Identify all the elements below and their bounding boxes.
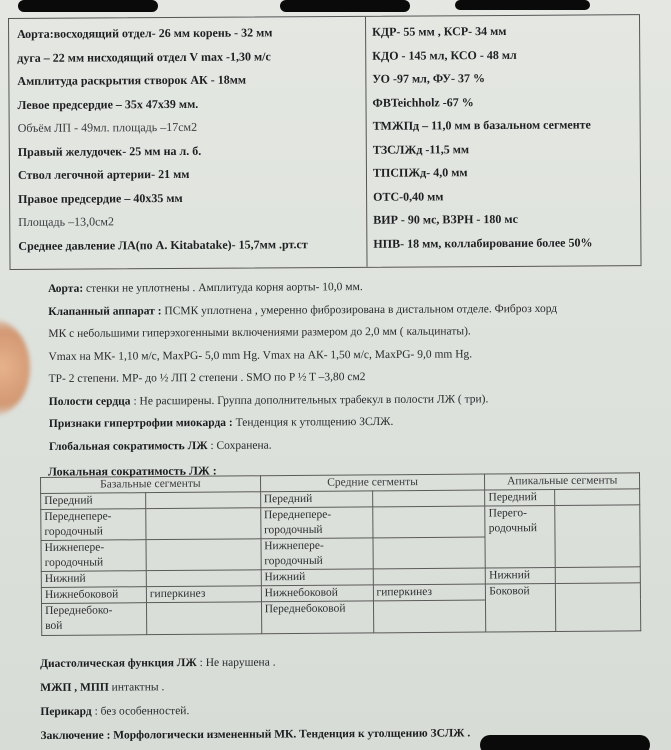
measurement-line: ОТС-0,40 мм [373,184,634,209]
field-label: Диастолическая функция ЛЖ [40,657,197,670]
field-value: ВИР - 90 мс, ВЗРН - 180 мс [373,212,518,227]
field-value: - 18мм [208,73,246,87]
apical-value [555,567,640,584]
measurement-line: КДО - 145 мл, КСО - 48 мл [372,43,633,68]
apical-segment: Передний [485,489,555,506]
measurement-line: ТПСПЖд- 4,0 мм [373,160,634,185]
field-value: Объём ЛП - 49мл. площадь –17см2 [18,120,198,135]
footer-line: Заключение : Морфологически измененный М… [40,721,470,748]
mid-segment: Нижний [261,569,373,586]
basal-segment: Нижний [41,571,146,588]
measurement-line: УО -97 мл, ФУ- 37 % [372,66,633,91]
basal-value [146,492,261,509]
redaction-bar [280,0,410,12]
field-value: стенки не уплотнены . Амплитуда корня ао… [83,281,363,295]
field-label: Ствол легочной артерии- [18,167,155,182]
basal-segment: Переднепере-городочный [41,509,146,541]
measurement-line: ВИР - 90 мс, ВЗРН - 180 мс [373,207,634,232]
field-value: 25 мм на л. б. [126,143,201,157]
field-value: КДР- 55 мм , КСР- 34 мм [372,24,506,39]
measurement-line: Объём ЛП - 49мл. площадь –17см2 [18,115,358,141]
field-value: : Сохранена. [208,439,272,451]
footer-line: МЖП , МПП интактны . [40,673,470,700]
measurement-line: Площадь –13,0см2 [18,209,358,235]
field-value: Тенденция к утолщению ЗСЛЖ. [233,416,394,429]
field-label: Заключение : Морфологически измененный М… [40,727,470,742]
basal-segment: Переднебоко-вой [41,603,146,636]
basal-segment: Передний [41,493,146,510]
mid-value [372,490,485,507]
field-label: Признаки гипертрофии миокарда : [49,417,233,430]
mid-value: гиперкинез [373,584,486,601]
field-value: дуга – 22 мм нисходящий отдел V max -1,3… [17,49,271,65]
basal-value [146,570,261,587]
field-value: НПВ- 18 мм, коллабирование более 50% [373,235,592,250]
basal-value [146,539,261,571]
field-value: – 40х35 мм [121,190,182,204]
measurements-right: КДР- 55 мм , КСР- 34 ммКДО - 145 мл, КСО… [366,15,641,267]
field-value: ОТС-0,40 мм [373,189,443,203]
measurements-box: Аорта:восходящий отдел- 26 мм корень - 3… [8,14,642,270]
apical-segment: Нижний [486,567,556,584]
basal-value [146,508,261,540]
local-contractility-table: Базальные сегменты Средние сегменты Апик… [40,472,641,636]
field-value: восходящий отдел- 26 мм корень - 32 мм [54,25,273,40]
apical-segment: Перего-родочный [485,505,555,568]
field-label: Перикард [40,706,91,718]
measurement-line: Правое предсердие – 40х35 мм [18,185,358,211]
redaction-bar [480,735,650,750]
basal-segment: Нижнепере-городочный [41,540,146,572]
footer-findings: Диастолическая функция ЛЖ : Не нарушена … [40,649,470,748]
mid-value [373,537,486,569]
measurement-line: Амплитуда раскрытия створок АК - 18мм [17,68,357,94]
field-label: Полости сердца [49,395,131,407]
field-value: КДО - 145 мл, КСО - 48 мл [372,47,517,62]
field-label: МЖП , МПП [40,682,109,694]
field-value: : Не нарушена . [197,657,276,669]
field-label: Аорта: [17,27,54,41]
mid-segment: Передний [260,491,372,508]
basal-value [146,602,261,635]
header-apical: Апикальные сегменты [485,473,640,490]
measurement-line: Левое предсердие – 35х 47х39 мм. [17,91,357,117]
field-value: 15,7мм .рт.ст [236,237,308,251]
measurement-line: КДР- 55 мм , КСР- 34 мм [372,19,633,44]
header-mid: Средние сегменты [260,474,485,492]
basal-value: гиперкинез [146,586,261,603]
field-value: МК с небольшими гиперэхогенными включени… [48,325,471,340]
mid-segment: Нижнепере-городочный [261,538,373,570]
measurement-line: НПВ- 18 мм, коллабирование более 50% [373,231,634,256]
basal-segment: Нижнебоковой [41,587,146,604]
redaction-bar [18,0,158,12]
findings: Аорта: стенки не уплотнены . Амплитуда к… [48,274,669,458]
measurement-line: ФВTeichholz -67 % [372,90,633,115]
finger [0,320,30,415]
measurement-line: ТМЖПд – 11,0 мм в базальном сегменте [373,113,634,138]
field-value: : Не расширены. Группа дополнительных тр… [131,393,489,407]
field-value: Vmax на МК- 1,10 м/с, MaxPG- 5,0 mm Hg. … [48,348,472,363]
field-label: Правое предсердие [18,191,121,206]
field-value: – 35х 47х39 мм. [113,96,198,111]
field-value: ФВTeichholz -67 % [372,95,473,110]
header-basal: Базальные сегменты [41,476,261,494]
field-label: Аорта: [48,283,83,295]
mid-segment: Переднебоковой [261,601,373,634]
measurement-line: дуга – 22 мм нисходящий отдел V max -1,3… [17,44,357,70]
footer-line: Диастолическая функция ЛЖ : Не нарушена … [40,649,470,676]
apical-value [555,489,640,506]
finding-line: Глобальная сократимость ЛЖ : Сохранена. [49,432,669,458]
measurements-left: Аорта:восходящий отдел- 26 мм корень - 3… [9,17,368,269]
field-label: Глобальная сократимость ЛЖ [49,440,208,453]
measurement-line: Ствол легочной артерии- 21 мм [18,162,358,188]
field-value: 21 мм [155,167,189,181]
measurement-line: Аорта:восходящий отдел- 26 мм корень - 3… [17,21,357,47]
mid-value [372,506,485,538]
field-label: Амплитуда раскрытия створок АК [17,73,207,88]
redaction-bar [455,0,590,10]
field-value: ПСМК уплотнена , умеренно фиброзирована … [161,302,557,316]
field-label: Среднее давление ЛА(по А. Kitabatake)- [18,237,235,252]
field-label: Правый желудочек- [18,144,126,159]
mid-value [373,600,486,633]
measurement-line: Правый желудочек- 25 мм на л. б. [18,138,358,164]
mid-value [373,568,486,585]
field-value: : без особенностей. [92,705,190,718]
footer-line: Перикард : без особенностей. [40,697,470,724]
measurement-line: ТЗСЛЖд -11,5 мм [373,137,634,162]
apical-segment: Боковой [486,583,556,632]
field-value: ТЗСЛЖд -11,5 мм [373,142,469,157]
field-value: ТР- 2 степени. МР- до ½ ЛП 2 степени . S… [49,371,366,385]
mid-segment: Переднепере-городочный [260,507,372,539]
field-value: ТПСПЖд- 4,0 мм [373,165,468,180]
field-value: Площадь –13,0см2 [18,214,114,229]
apical-value [556,583,641,632]
field-label: Левое предсердие [17,97,112,112]
mid-segment: Нижнебоковой [261,585,373,602]
field-value: УО -97 мл, ФУ- 37 % [372,71,485,86]
field-value: интактны . [109,681,165,693]
apical-value [555,505,640,568]
measurement-line: Среднее давление ЛА(по А. Kitabatake)- 1… [18,232,358,258]
field-label: Клапанный аппарат : [48,305,161,318]
field-value: ТМЖПд – 11,0 мм в базальном сегменте [373,117,591,132]
